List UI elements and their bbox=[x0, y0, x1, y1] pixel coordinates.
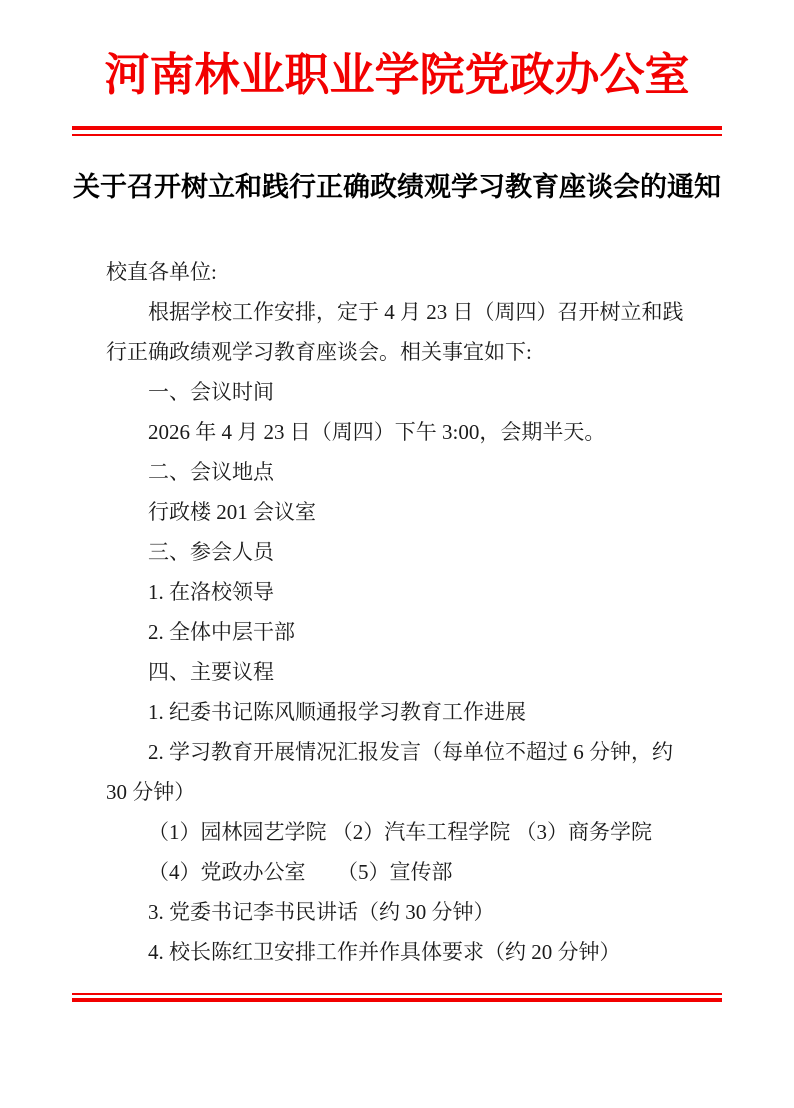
header-divider bbox=[72, 126, 722, 136]
body-line: 3. 党委书记李书民讲话（约 30 分钟） bbox=[106, 892, 722, 932]
body-line: 一、会议时间 bbox=[106, 372, 722, 412]
body-line: 4. 校长陈红卫安排工作并作具体要求（约 20 分钟） bbox=[106, 932, 722, 972]
body-line: 二、会议地点 bbox=[106, 452, 722, 492]
body-line: 行政楼 201 会议室 bbox=[106, 492, 722, 532]
header-divider-thin-line bbox=[72, 134, 722, 136]
body-line: 2. 学习教育开展情况汇报发言（每单位不超过 6 分钟，约 bbox=[106, 732, 722, 772]
document-body: 校直各单位:根据学校工作安排，定于 4 月 23 日（周四）召开树立和践行正确政… bbox=[106, 252, 722, 972]
body-line: 1. 纪委书记陈风顺通报学习教育工作进展 bbox=[106, 692, 722, 732]
body-line: 2. 全体中层干部 bbox=[106, 612, 722, 652]
body-line: 30 分钟） bbox=[106, 772, 722, 812]
letterhead-org-name: 河南林业职业学院党政办公室 bbox=[0, 50, 794, 102]
body-line: 三、参会人员 bbox=[106, 532, 722, 572]
notice-page: 河南林业职业学院党政办公室 关于召开树立和践行正确政绩观学习教育座谈会的通知 校… bbox=[0, 0, 794, 1108]
body-line: 2026 年 4 月 23 日（周四）下午 3:00，会期半天。 bbox=[106, 412, 722, 452]
body-line: 根据学校工作安排，定于 4 月 23 日（周四）召开树立和践 bbox=[106, 292, 722, 332]
body-line: 校直各单位: bbox=[106, 252, 722, 292]
body-line: 四、主要议程 bbox=[106, 652, 722, 692]
header-divider-thick-line bbox=[72, 126, 722, 130]
body-line: 1. 在洛校领导 bbox=[106, 572, 722, 612]
body-line: （4）党政办公室 （5）宣传部 bbox=[106, 852, 722, 892]
body-line: 行正确政绩观学习教育座谈会。相关事宜如下: bbox=[106, 332, 722, 372]
document-title: 关于召开树立和践行正确政绩观学习教育座谈会的通知 bbox=[0, 167, 794, 207]
body-line: （1）园林园艺学院 （2）汽车工程学院 （3）商务学院 bbox=[106, 812, 722, 852]
footer-divider bbox=[72, 993, 722, 1002]
footer-divider-thick-line bbox=[72, 998, 722, 1002]
footer-divider-thin-line bbox=[72, 993, 722, 995]
